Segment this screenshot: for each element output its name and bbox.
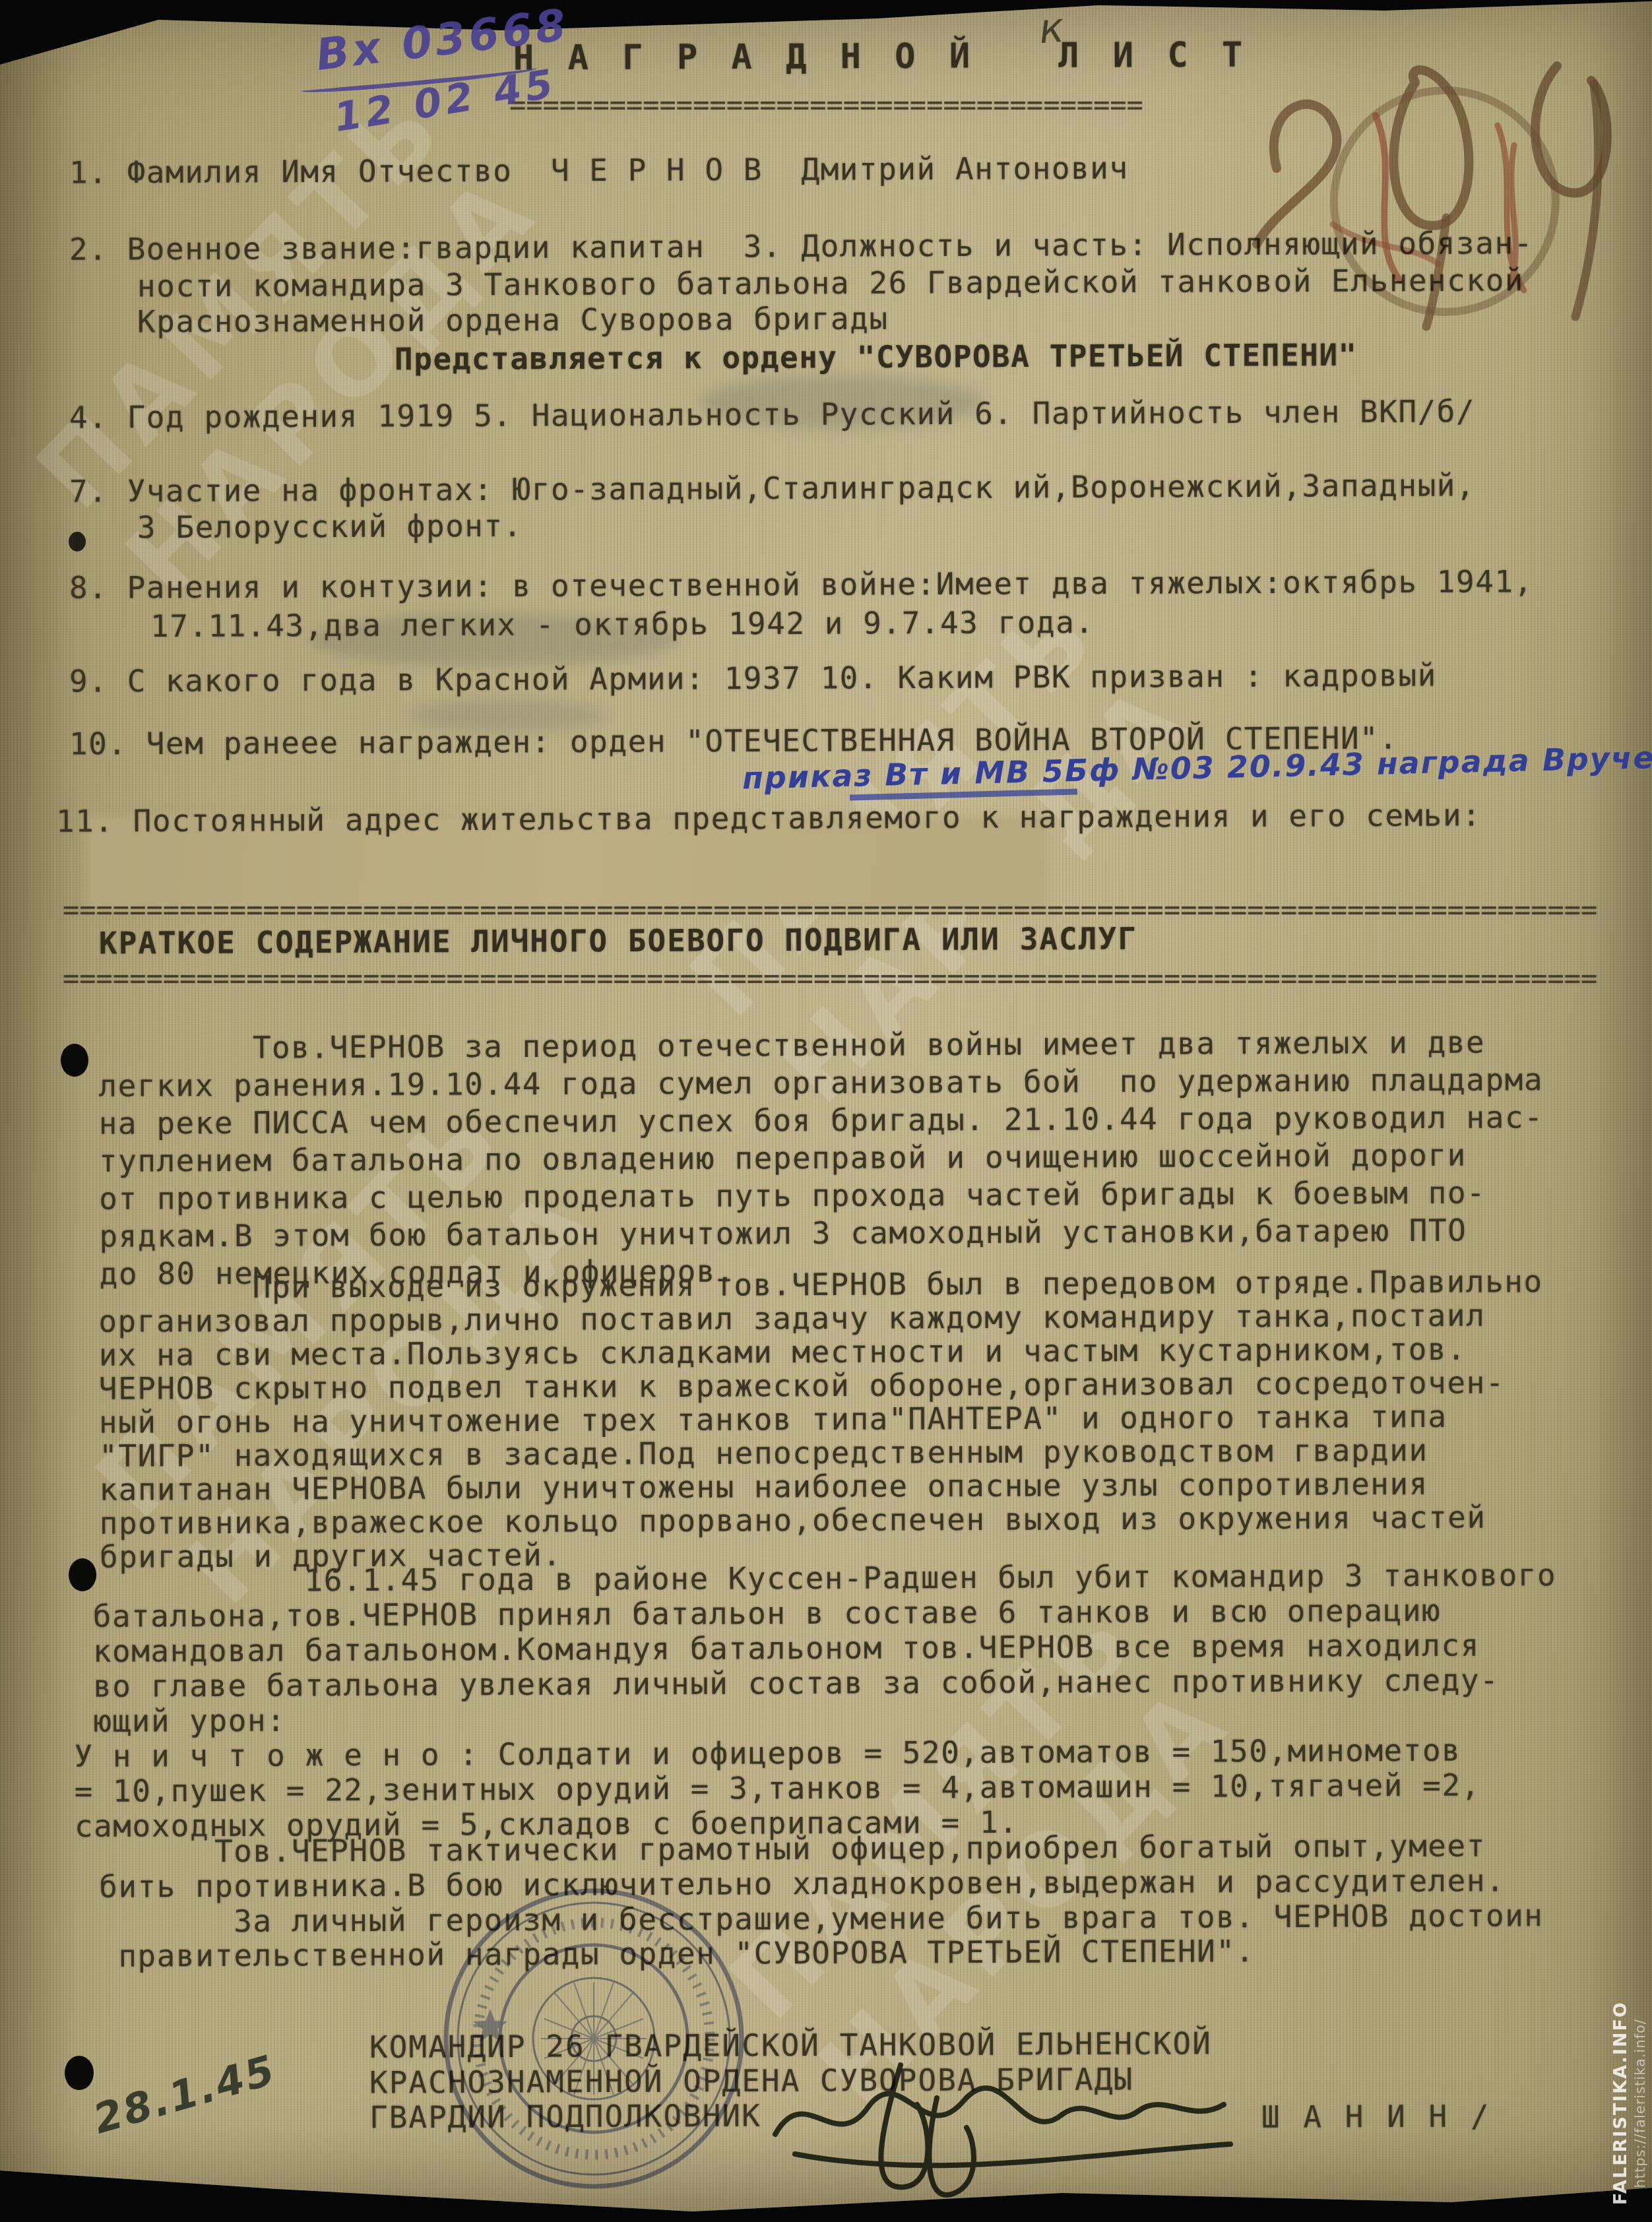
field-birth-nationality-party: 4. Год рождения 1919 5. Национальность Р…	[69, 393, 1475, 435]
separator-line: ========================================…	[63, 965, 1597, 992]
separator-line: ========================================…	[63, 896, 1597, 924]
punch-hole	[65, 2056, 94, 2090]
field-home-address: 11. Постоянный адрес жительства представ…	[56, 796, 1482, 839]
field-service-since: 9. С какого года в Красной Армии: 1937 1…	[69, 656, 1437, 699]
field-recommended-award: Представляется к ордену "СУВОРОВА ТРЕТЬЕ…	[395, 336, 1358, 377]
punch-hole	[61, 1044, 88, 1077]
scanned-award-document: ПАМЯТЬ НАРОДА ПАМЯТЬ НАРОДА ПАМЯТЬ НАРОД…	[0, 0, 1652, 2222]
round-official-stamp	[439, 1884, 749, 2194]
site-watermark: FALERISTIKA.INFO https://faleristika.inf…	[1610, 1998, 1648, 2209]
section-title: КРАТКОЕ СОДЕРЖАНИЕ ЛИЧНОГО БОЕВОГО ПОДВИ…	[99, 920, 1137, 962]
signature-name: Ш А Н И Н /	[1261, 2097, 1492, 2136]
field-wounds: 17.11.43,два легких - октябрь 1942 и 9.7…	[150, 604, 1095, 645]
title-underline: ======================================	[509, 91, 1143, 119]
field-fronts: 7. Участие на фронтах: Юго-западный,Стал…	[69, 466, 1475, 509]
document-title: Н А Г Р А Д Н О Й Л И С Т	[513, 37, 1250, 77]
citation-paragraph: За личный героизм и бесстрашие,умение би…	[99, 1898, 1544, 1973]
field-name: 1. Фамилия Имя Отчество Ч Е Р Н О В Дмит…	[69, 149, 1129, 191]
commander-signature-ink	[769, 2019, 1270, 2217]
site-watermark-name: FALERISTIKA.INFO	[1610, 2001, 1631, 2205]
citation-paragraph: Тов.ЧЕРНОВ за период отечественной войны…	[98, 1023, 1544, 1293]
punch-hole	[69, 1558, 96, 1591]
punch-hole	[69, 532, 86, 552]
field-rank-position: Краснознаменной ордена Суворова бригады	[137, 300, 889, 340]
pencil-scribble-number	[1214, 26, 1649, 343]
field-wounds: 8. Ранения и контузии: в отечественной в…	[69, 563, 1533, 606]
citation-paragraph: 16.1.45 года в районе Куссен-Радшен был …	[73, 1558, 1558, 1844]
citation-paragraph: Тов.ЧЕРНОВ тактически грамотный офицер,п…	[99, 1828, 1506, 1904]
field-fronts: 3 Белорусский фронт.	[137, 507, 523, 546]
corner-mark-handwritten: к	[1037, 3, 1065, 53]
site-watermark-url: https://faleristika.info/	[1632, 2019, 1648, 2188]
citation-paragraph: При выходе из окружения тов.ЧЕРНОВ был в…	[98, 1265, 1544, 1574]
